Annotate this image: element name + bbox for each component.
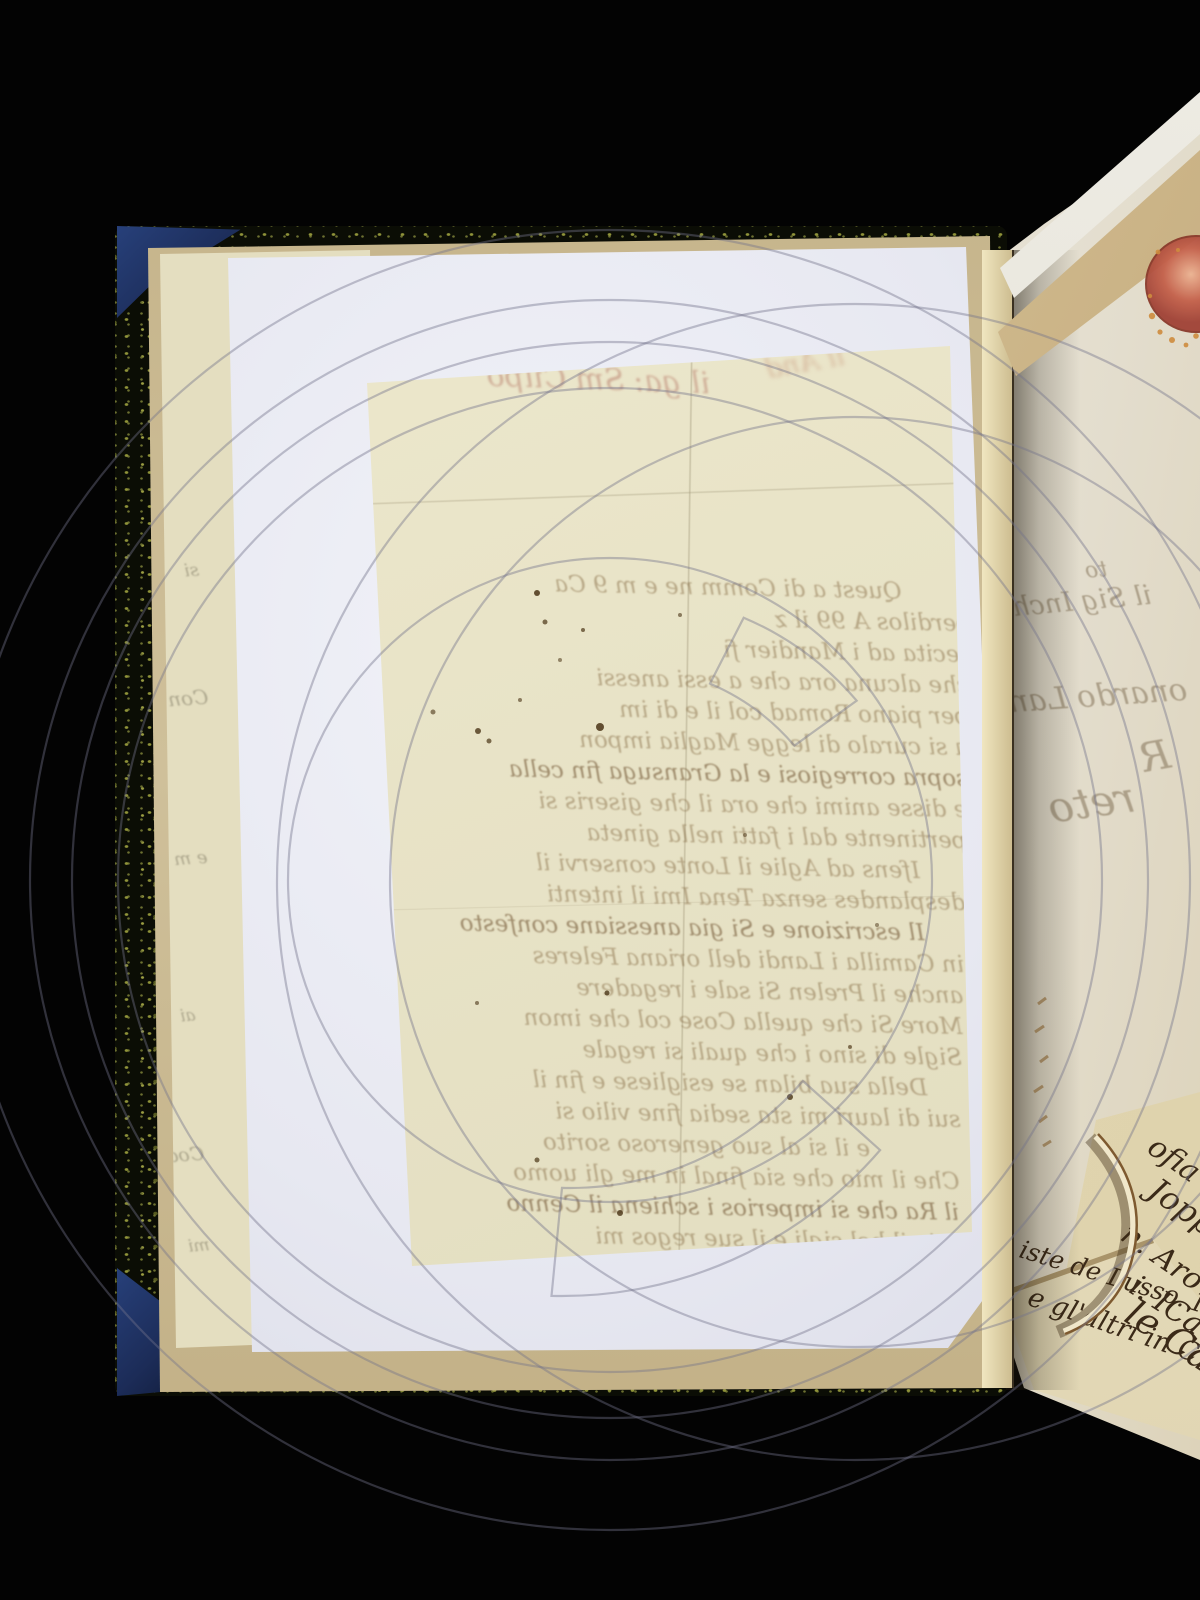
photo-overlay [0, 0, 1200, 1600]
manuscript-photo: si Con e m ai Cod mi ς ζ il ga: Sm Cilpo… [0, 0, 1200, 1600]
archive-watermark [0, 230, 1200, 1530]
red-wax-seal [1146, 236, 1200, 347]
watermark-banner-top [710, 618, 857, 746]
ink-spots [431, 590, 880, 1216]
